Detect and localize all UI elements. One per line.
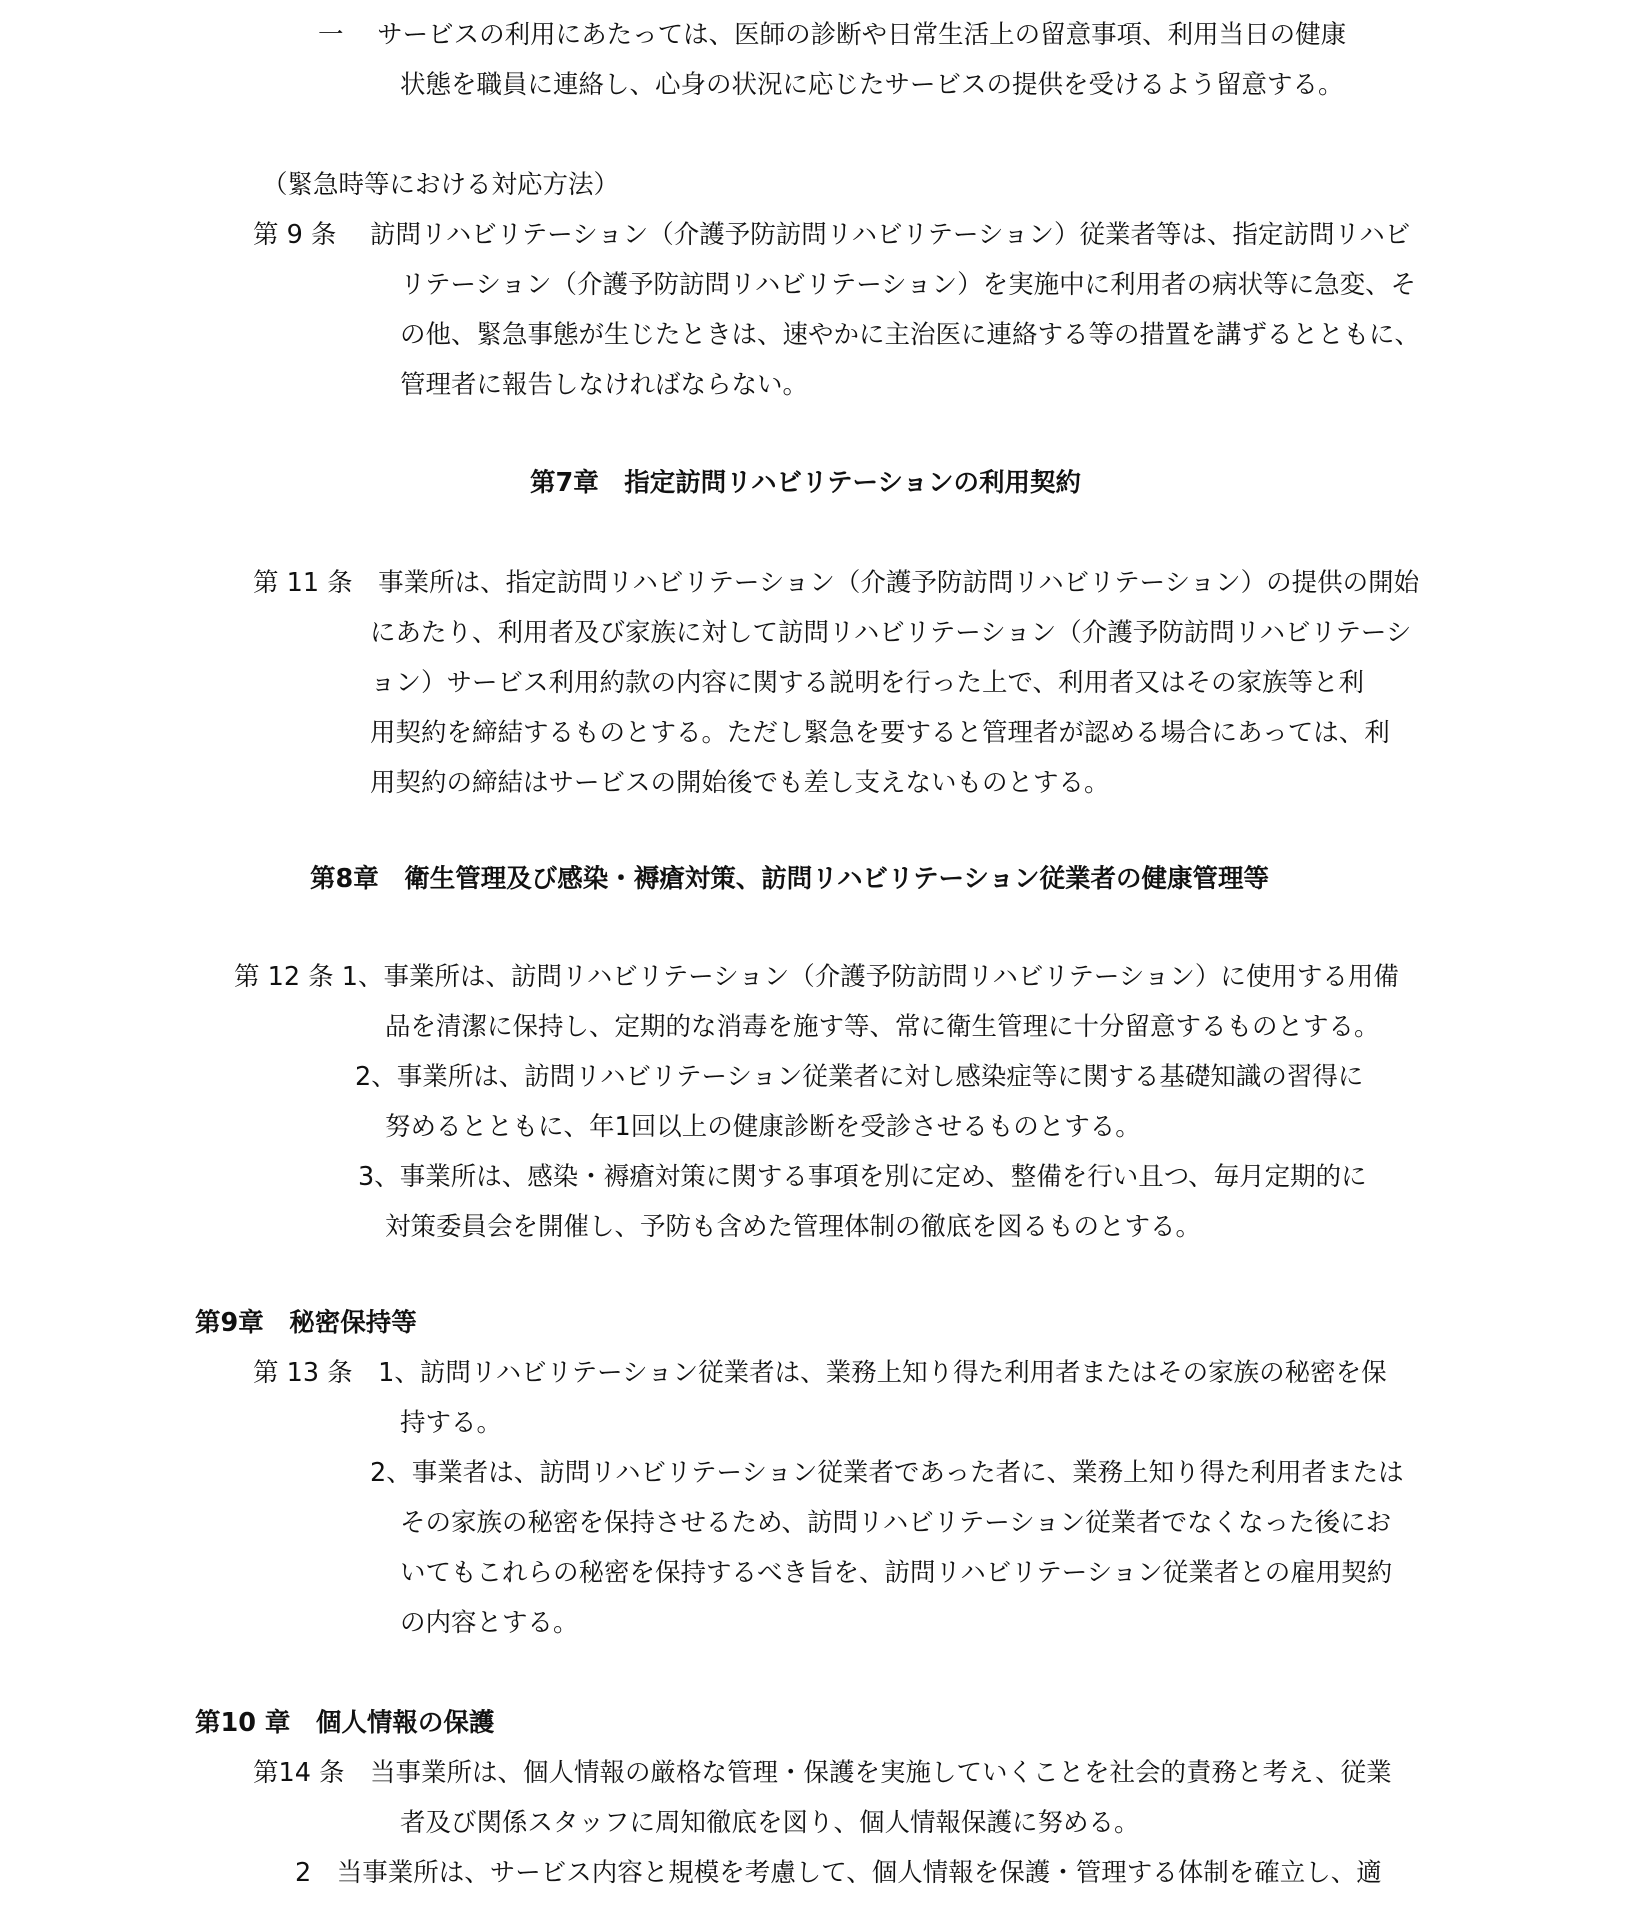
article-11-line: にあたり、利用者及び家族に対して訪問リハビリテーション（介護予防訪問リハビリテー… xyxy=(370,616,1411,650)
article-14-line: 第14 条 当事業所は、個人情報の厳格な管理・保護を実施していくことを社会的責務… xyxy=(253,1756,1392,1790)
article-11-line: 第 11 条 事業所は、指定訪問リハビリテーション（介護予防訪問リハビリテーショ… xyxy=(253,566,1419,600)
article-12-line: 努めるとともに、年1回以上の健康診断を受診させるものとする。 xyxy=(385,1110,1141,1144)
article-9-line: の他、緊急事態が生じたときは、速やかに主治医に連絡する等の措置を講ずるとともに、 xyxy=(400,318,1420,352)
article-11-line: 用契約を締結するものとする。ただし緊急を要すると管理者が認める場合にあっては、利 xyxy=(370,716,1390,750)
article-11-line: 用契約の締結はサービスの開始後でも差し支えないものとする。 xyxy=(370,766,1110,800)
article-12-line: 第 12 条 1、事業所は、訪問リハビリテーション（介護予防訪問リハビリテーショ… xyxy=(234,960,1399,994)
paragraph-line: 状態を職員に連絡し、心身の状況に応じたサービスの提供を受けるよう留意する。 xyxy=(400,68,1344,102)
article-13-line: 持する。 xyxy=(400,1406,502,1440)
article-13-line: その家族の秘密を保持させるため、訪問リハビリテーション従業者でなくなった後にお xyxy=(400,1506,1391,1540)
article-9-line: 管理者に報告しなければならない。 xyxy=(400,368,808,402)
article-9-line: 第 9 条 訪問リハビリテーション（介護予防訪問リハビリテーション）従業者等は、… xyxy=(253,218,1410,252)
article-14-line: 2 当事業所は、サービス内容と規模を考慮して、個人情報を保護・管理する体制を確立… xyxy=(295,1856,1382,1890)
article-14-line: 者及び関係スタッフに周知徹底を図り、個人情報保護に努める。 xyxy=(400,1806,1140,1840)
article-13-line: 第 13 条 1、訪問リハビリテーション従業者は、業務上知り得た利用者またはその… xyxy=(253,1356,1387,1390)
article-13-line: の内容とする。 xyxy=(400,1606,579,1640)
article-12-line: 対策委員会を開催し、予防も含めた管理体制の徹底を図るものとする。 xyxy=(385,1210,1201,1244)
chapter-7-heading: 第7章 指定訪問リハビリテーションの利用契約 xyxy=(530,466,1081,500)
article-9-line: リテーション（介護予防訪問リハビリテーション）を実施中に利用者の病状等に急変、そ xyxy=(400,268,1416,302)
chapter-10-heading: 第10 章 個人情報の保護 xyxy=(195,1706,494,1740)
section-caption: （緊急時等における対応方法） xyxy=(262,168,619,202)
chapter-9-heading: 第9章 秘密保持等 xyxy=(195,1306,417,1340)
document-page: 一 サービスの利用にあたっては、医師の診断や日常生活上の留意事項、利用当日の健康… xyxy=(0,0,1651,1920)
paragraph-line: 一 サービスの利用にあたっては、医師の診断や日常生活上の留意事項、利用当日の健康 xyxy=(318,18,1346,52)
article-12-line: 品を清潔に保持し、定期的な消毒を施す等、常に衛生管理に十分留意するものとする。 xyxy=(385,1010,1380,1044)
article-12-line: 2、事業所は、訪問リハビリテーション従業者に対し感染症等に関する基礎知識の習得に xyxy=(355,1060,1363,1094)
article-12-line: 3、事業所は、感染・褥瘡対策に関する事項を別に定め、整備を行い且つ、毎月定期的に xyxy=(358,1160,1367,1194)
article-13-line: 2、事業者は、訪問リハビリテーション従業者であった者に、業務上知り得た利用者また… xyxy=(370,1456,1404,1490)
article-13-line: いてもこれらの秘密を保持するべき旨を、訪問リハビリテーション従業者との雇用契約 xyxy=(400,1556,1392,1590)
article-11-line: ョン）サービス利用約款の内容に関する説明を行った上で、利用者又はその家族等と利 xyxy=(370,666,1364,700)
chapter-8-heading: 第8章 衛生管理及び感染・褥瘡対策、訪問リハビリテーション従業者の健康管理等 xyxy=(310,862,1269,896)
